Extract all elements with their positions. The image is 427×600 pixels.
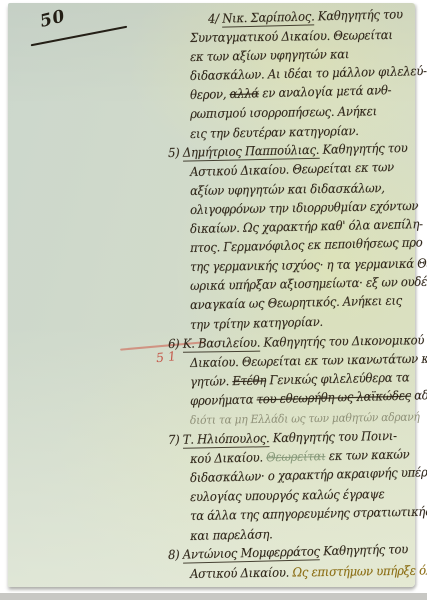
text-segment: κού Δικαίου. — [190, 450, 267, 467]
text-segment: την τρίτην κατηγορίαν. — [190, 313, 323, 331]
struck-text: αλλά — [229, 86, 259, 102]
text-segment: αδιάφ- — [411, 386, 427, 402]
text-segment: 4/ — [208, 11, 223, 26]
text-segment: Καθηγητής του Δικονομικού — [260, 332, 424, 349]
text-segment: διότι τα μη Ελλάδι ως των μαθητών αδρανή — [190, 410, 420, 427]
text-segment: 6) — [168, 335, 183, 350]
text-segment: φρονήματα — [190, 391, 257, 408]
manuscript-page: 50 51 4/ Νικ. Σαρίπολος. Καθηγητής τουΣυ… — [8, 3, 415, 587]
struck-text: Θεωρείται — [266, 448, 326, 464]
manuscript-line: Αστικού Δικαίου. Ως επιστήμων υπήρξε όλω… — [190, 561, 404, 583]
text-segment: Ως επιστήμων υπήρξε όλως — [292, 562, 427, 579]
text-segment: θερον, — [190, 86, 230, 102]
folio-number-text: 50 — [38, 6, 68, 32]
text-segment: Αστικού Δικαίου. — [190, 564, 293, 581]
text-segment: εκ των αξίων υφηγητών και — [190, 46, 349, 64]
text-segment: και παρελάση. — [190, 526, 273, 543]
underlined-name: Αντώνιος Μομφερράτος — [183, 543, 320, 563]
text-segment: Καθηγητής του Ποινι- — [269, 428, 397, 445]
struck-text: Ετέθη — [232, 372, 266, 388]
scanner-edge — [0, 593, 427, 600]
text-segment: 7) — [168, 432, 183, 447]
text-segment: γητών. — [190, 373, 233, 389]
underlined-name: Κ. Βασιλείου. — [183, 334, 261, 352]
text-segment: 5) — [168, 144, 183, 159]
handwritten-text-block: 4/ Νικ. Σαρίπολος. Καθηγητής τουΣυνταγμα… — [168, 9, 420, 583]
text-segment: εν αναλογία μετά ανθ- — [259, 82, 392, 100]
text-segment: πτος. Γερμανόφιλος εκ πεποιθήσεως προ — [190, 234, 423, 255]
text-segment: αξίων υφηγητών και διδασκάλων, — [190, 180, 385, 198]
text-segment: τα άλλα της απηγορευμένης στρατιωτικής — [190, 504, 427, 523]
text-segment: Καθηγητής του — [319, 140, 408, 157]
underlined-name: Νικ. Σαρίπολος. — [222, 8, 315, 27]
text-segment: εκ των κακών — [325, 446, 409, 463]
text-segment: αναγκαία ως Θεωρητικός. Ανήκει εις — [190, 293, 402, 313]
text-segment: Γενικώς φιλελεύθερα τα — [266, 369, 410, 387]
text-segment: ευλογίας υπουργός καλώς έγραψε — [190, 486, 385, 504]
scan-background: 50 51 4/ Νικ. Σαρίπολος. Καθηγητής τουΣυ… — [0, 0, 427, 600]
folio-number: 50 — [28, 7, 148, 51]
text-segment: εις την δευτέραν κατηγορίαν. — [190, 123, 359, 141]
struck-text: του εθεωρήθη ως λαϊκώδες — [256, 387, 411, 406]
text-segment: Συνταγματικού Δικαίου. Θεωρείται — [190, 27, 393, 45]
underlined-name: Τ. Ηλιόπουλος. — [183, 430, 270, 448]
text-segment: ρωπισμού ισορροπήσεως. Ανήκει — [190, 104, 377, 122]
text-segment: Καθηγητής του — [314, 6, 403, 23]
text-segment: Καθηγητής του — [319, 541, 408, 558]
underlined-name: Δημήτριος Παππούλιας. — [183, 141, 320, 160]
text-segment: 8) — [168, 546, 183, 561]
text-segment: Αστικού Δικαίου. Θεωρείται εκ των — [190, 159, 394, 179]
text-segment: διδασκάλων· ο χαρακτήρ ακραιφνής υπέρ. — [190, 464, 427, 485]
